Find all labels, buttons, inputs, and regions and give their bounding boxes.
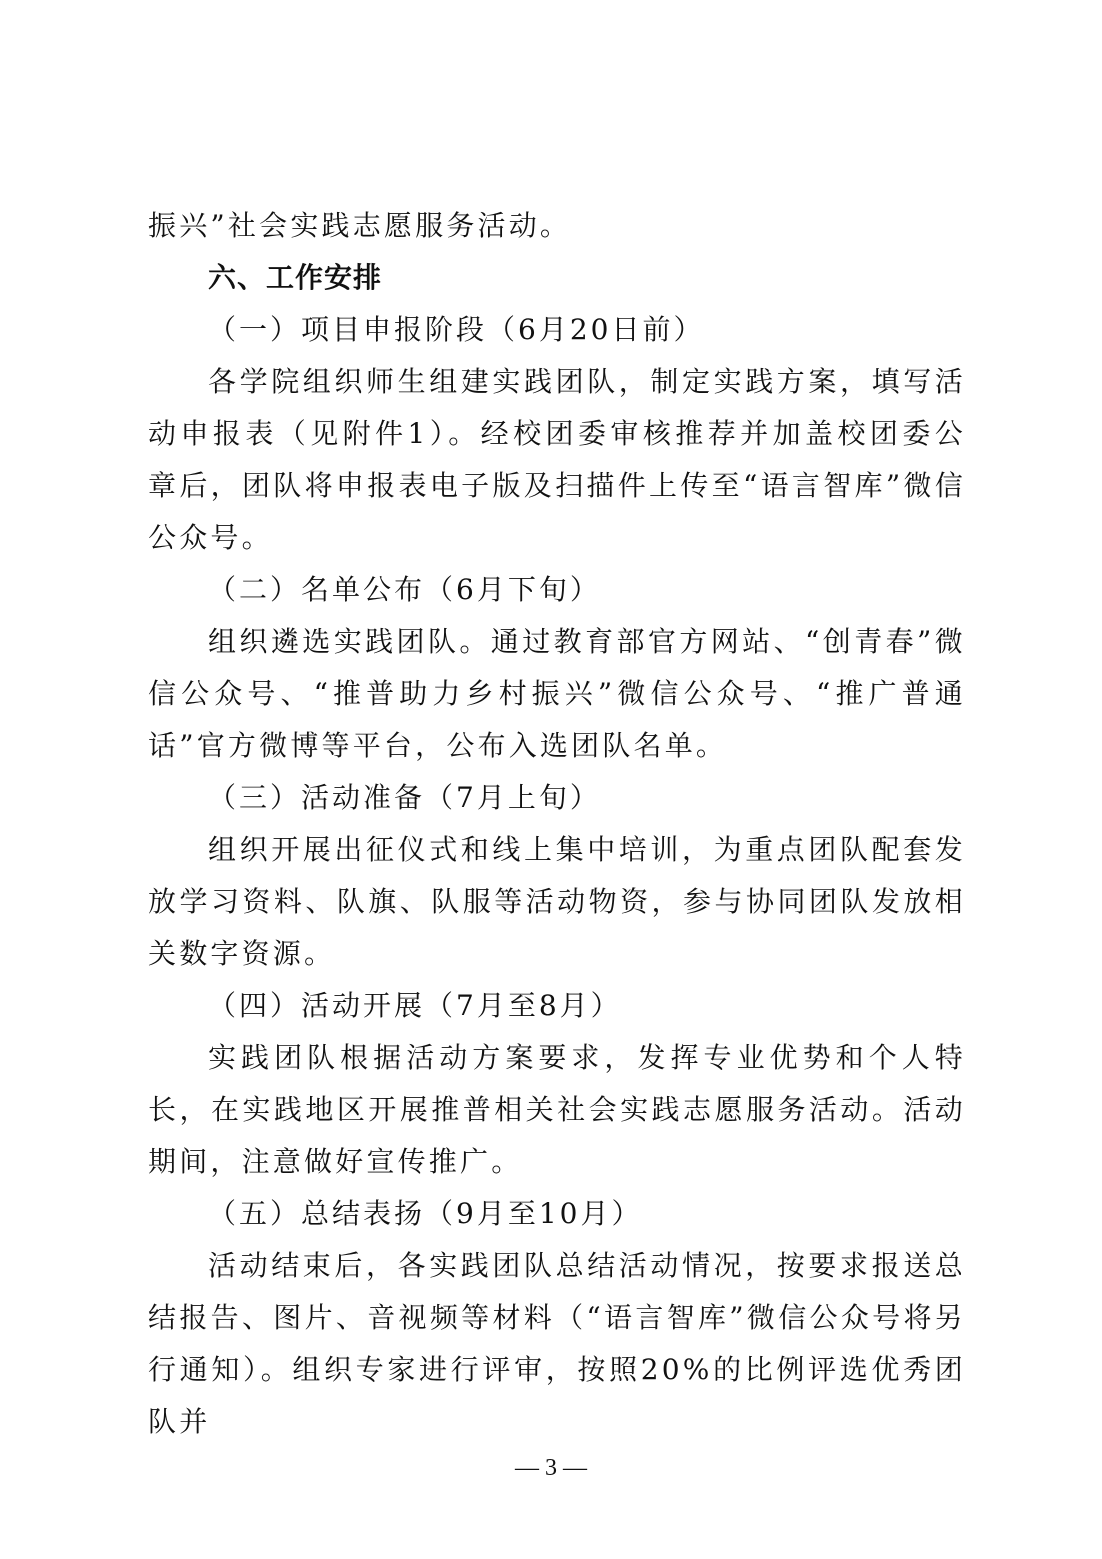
subsection-4: （四）活动开展（7月至8月） 实践团队根据活动方案要求，发挥专业优势和个人特长，… (148, 980, 966, 1188)
subsection-body: 组织开展出征仪式和线上集中培训，为重点团队配套发放学习资料、队旗、队服等活动物资… (148, 824, 966, 980)
subsection-2: （二）名单公布（6月下旬） 组织遴选实践团队。通过教育部官方网站、“创青春”微信… (148, 564, 966, 772)
subsection-title: （一）项目申报阶段（6月20日前） (148, 304, 966, 356)
continuation-line: 振兴”社会实践志愿服务活动。 (148, 200, 966, 252)
subsection-body: 活动结束后，各实践团队总结活动情况，按要求报送总结报告、图片、音视频等材料（“语… (148, 1240, 966, 1448)
subsection-title: （四）活动开展（7月至8月） (148, 980, 966, 1032)
subsection-title: （二）名单公布（6月下旬） (148, 564, 966, 616)
subsection-3: （三）活动准备（7月上旬） 组织开展出征仪式和线上集中培训，为重点团队配套发放学… (148, 772, 966, 980)
document-page: 振兴”社会实践志愿服务活动。 六、工作安排 （一）项目申报阶段（6月20日前） … (148, 200, 966, 1448)
section-heading: 六、工作安排 (148, 252, 966, 304)
subsection-body: 组织遴选实践团队。通过教育部官方网站、“创青春”微信公众号、“推普助力乡村振兴”… (148, 616, 966, 772)
subsection-title: （三）活动准备（7月上旬） (148, 772, 966, 824)
page-number: — 3 — (0, 1455, 1102, 1482)
subsection-body: 实践团队根据活动方案要求，发挥专业优势和个人特长，在实践地区开展推普相关社会实践… (148, 1032, 966, 1188)
subsection-5: （五）总结表扬（9月至10月） 活动结束后，各实践团队总结活动情况，按要求报送总… (148, 1188, 966, 1448)
subsection-title: （五）总结表扬（9月至10月） (148, 1188, 966, 1240)
subsection-body: 各学院组织师生组建实践团队，制定实践方案，填写活动申报表（见附件1）。经校团委审… (148, 356, 966, 564)
subsection-1: （一）项目申报阶段（6月20日前） 各学院组织师生组建实践团队，制定实践方案，填… (148, 304, 966, 564)
